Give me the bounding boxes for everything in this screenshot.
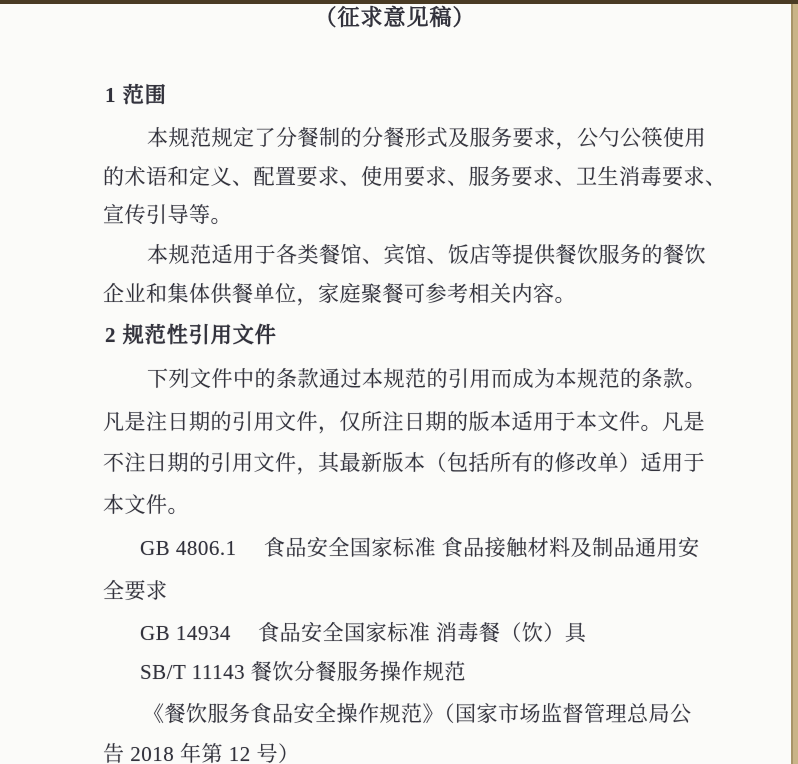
section-heading: 1 范围 — [105, 80, 167, 110]
document-line: 凡是注日期的引用文件，仅所注日期的版本适用于本文件。凡是 — [103, 407, 705, 437]
book-edge-strip — [791, 0, 798, 764]
document-line: 《餐饮服务食品安全操作规范》（国家市场监督管理总局公 — [143, 699, 692, 729]
document-line: 全要求 — [103, 576, 168, 606]
top-border-rule — [0, 0, 798, 4]
document-line: 企业和集体供餐单位，家庭聚餐可参考相关内容。 — [103, 279, 576, 309]
document-line: 告 2018 年第 12 号） — [103, 739, 300, 764]
document-line: 本规范适用于各类餐馆、宾馆、饭店等提供餐饮服务的餐饮 — [147, 240, 706, 270]
document-line: 宣传引导等。 — [103, 200, 232, 230]
document-line: 本文件。 — [103, 490, 189, 520]
document-line: 的术语和定义、配置要求、使用要求、服务要求、卫生消毒要求、 — [103, 162, 727, 192]
scanned-document-page: （征求意见稿） 1 范围本规范规定了分餐制的分餐形式及服务要求，公勺公筷使用的术… — [0, 0, 798, 764]
draft-note-title: （征求意见稿） — [0, 1, 790, 32]
document-line: GB 14934 食品安全国家标准 消毒餐（饮）具 — [140, 618, 586, 648]
document-line: 不注日期的引用文件，其最新版本（包括所有的修改单）适用于 — [103, 448, 705, 478]
document-line: SB/T 11143 餐饮分餐服务操作规范 — [140, 657, 466, 687]
section-heading: 2 规范性引用文件 — [105, 320, 277, 350]
document-line: 下列文件中的条款通过本规范的引用而成为本规范的条款。 — [147, 364, 706, 394]
document-line: GB 4806.1 食品安全国家标准 食品接触材料及制品通用安 — [140, 533, 700, 563]
document-line: 本规范规定了分餐制的分餐形式及服务要求，公勺公筷使用 — [147, 123, 706, 153]
